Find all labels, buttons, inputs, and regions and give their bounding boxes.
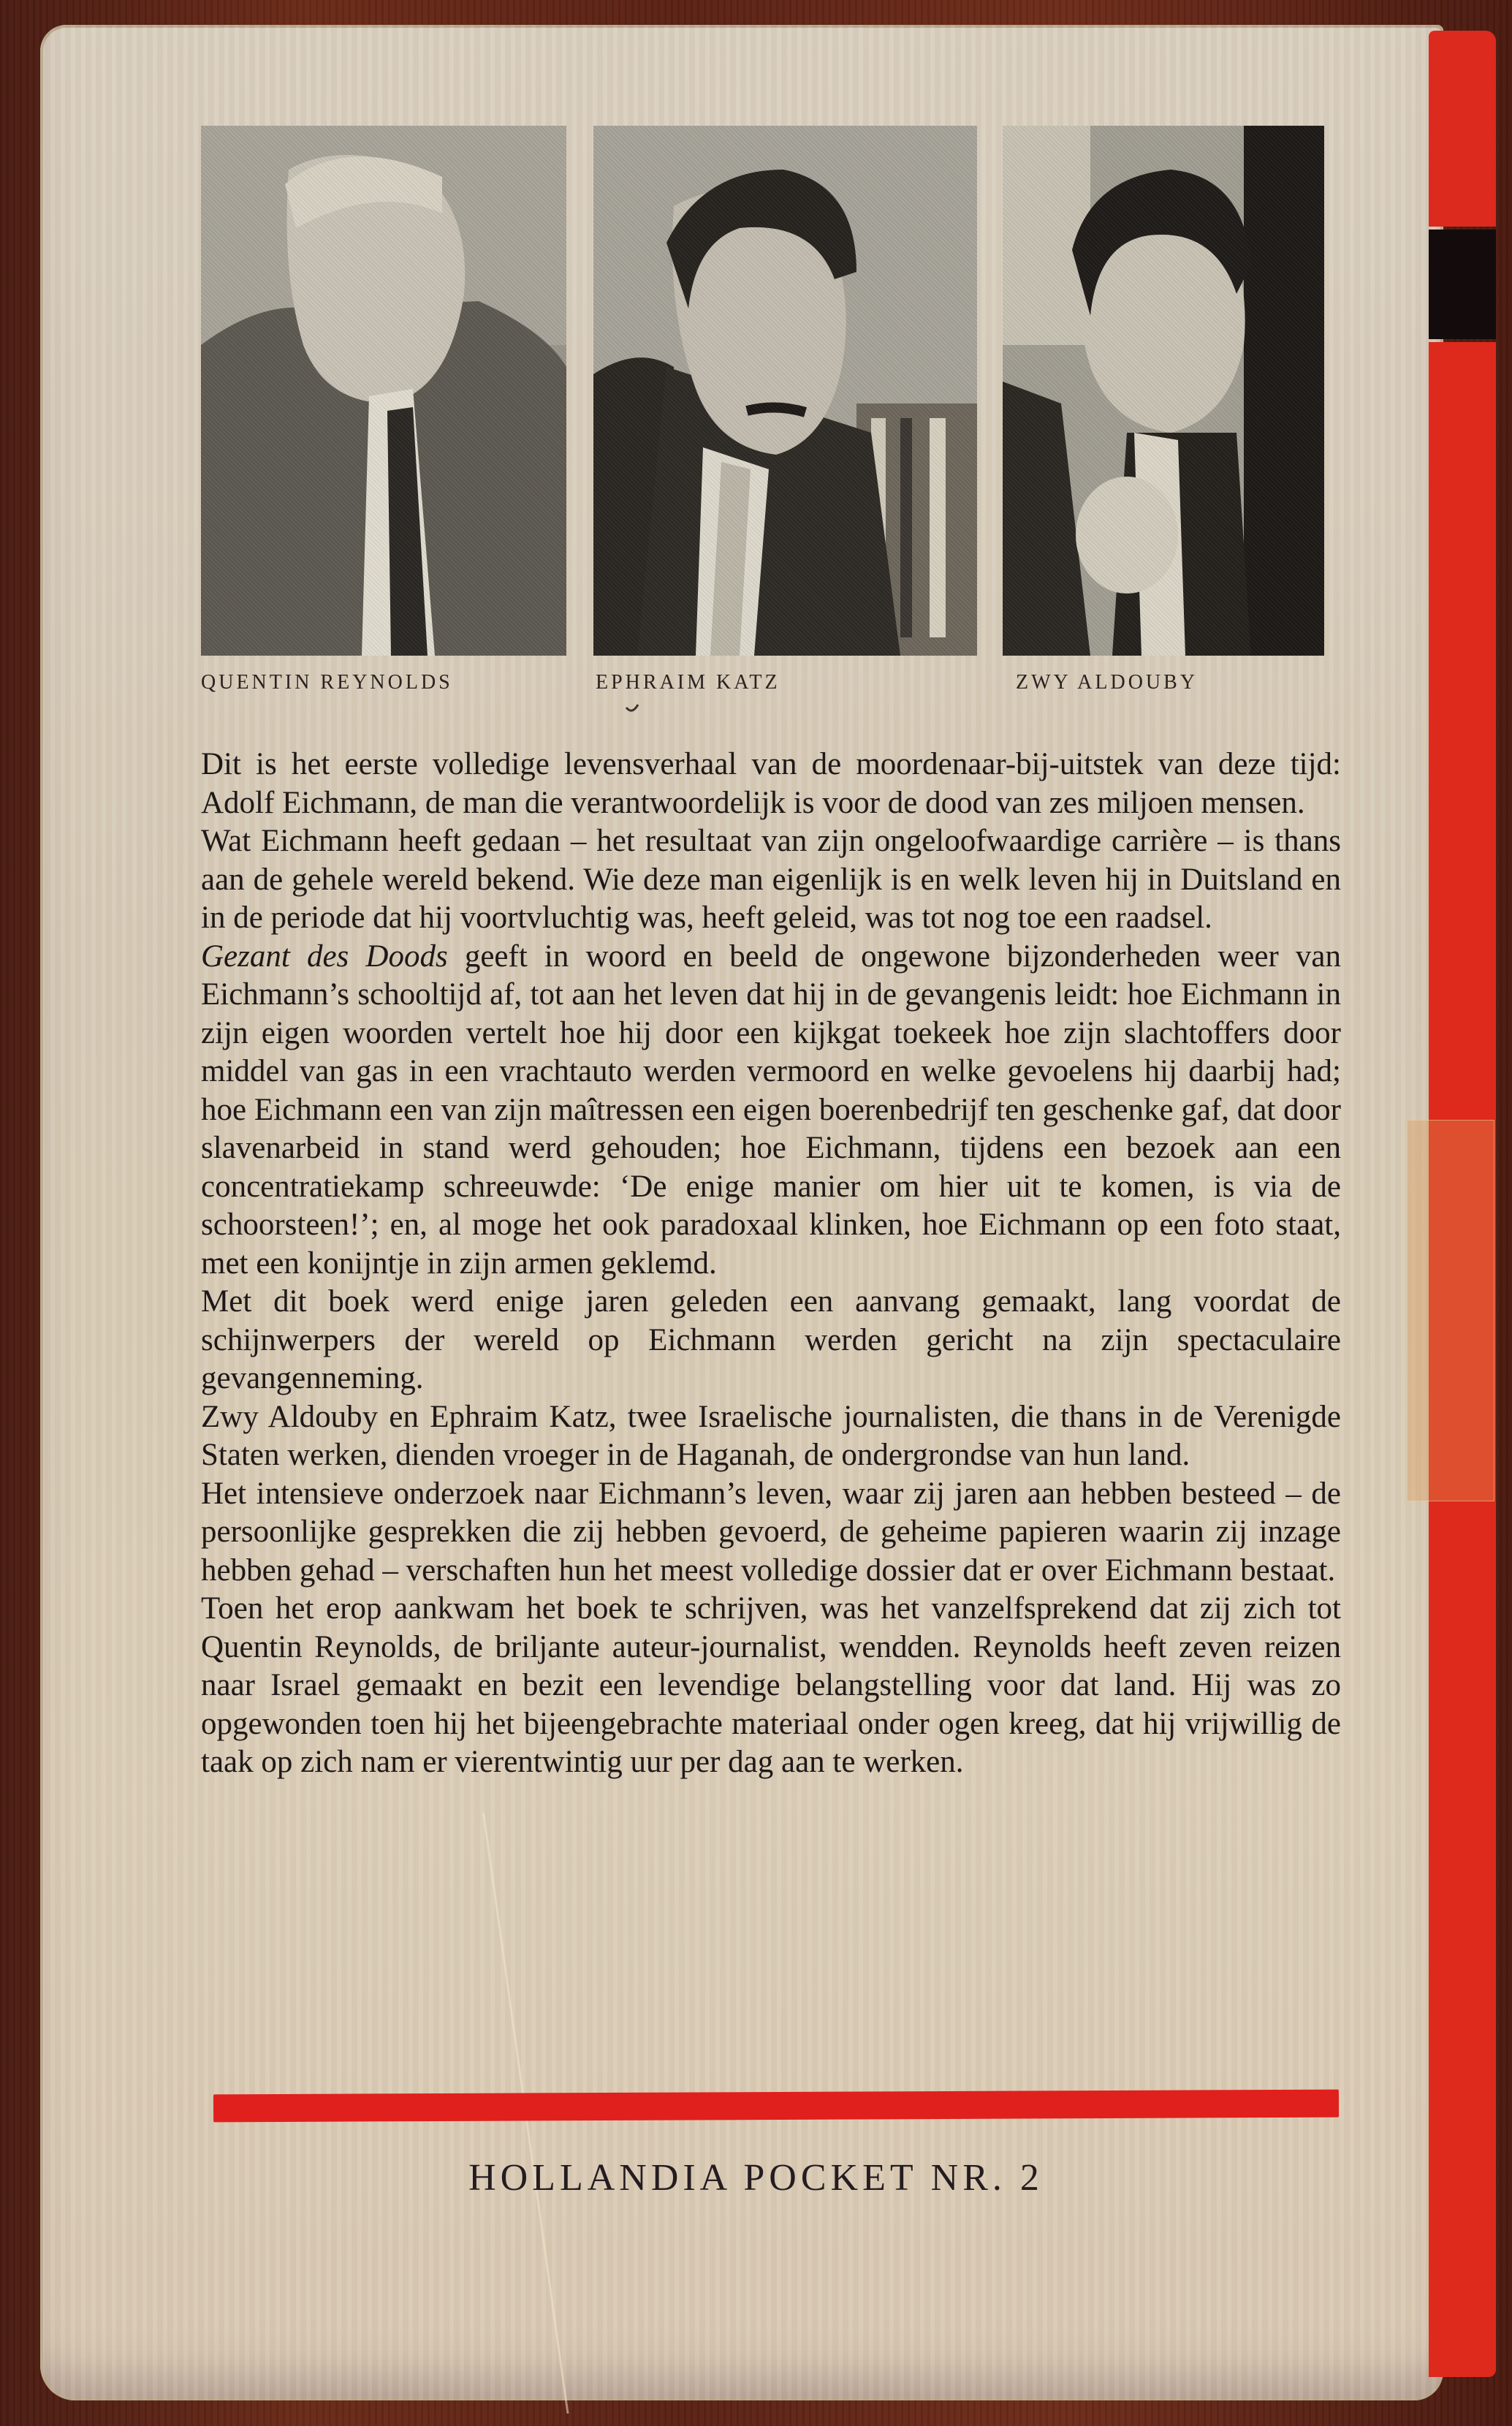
portrait-icon [1003, 126, 1324, 656]
portrait-icon [593, 126, 977, 656]
blurb-paragraph-2: Wat Eichmann heeft gedaan – het resultaa… [201, 822, 1341, 938]
pen-mark-icon [625, 694, 654, 716]
blurb-paragraph-7: Toen het erop aankwam het boek te schrij… [201, 1590, 1341, 1782]
repair-tape [1407, 1120, 1494, 1501]
author-photos [201, 126, 1326, 656]
blurb-paragraph-3: Gezant des Doods geeft in woord en beeld… [201, 938, 1341, 1284]
blurb-paragraph-5: Zwy Aldouby en Ephraim Katz, twee Israel… [201, 1398, 1341, 1475]
book-spine [1429, 31, 1496, 2377]
caption-quentin-reynolds: QUENTIN REYNOLDS [201, 671, 453, 694]
blurb-paragraph-4: Met dit boek werd enige jaren geleden ee… [201, 1283, 1341, 1398]
spine-red-band-top [1429, 31, 1496, 227]
author-photo-ephraim-katz [593, 126, 977, 656]
book-title-italic: Gezant des Doods [201, 939, 448, 974]
caption-zwy-aldouby: ZWY ALDOUBY [1016, 671, 1198, 694]
portrait-icon [201, 126, 566, 656]
red-divider-bar [213, 2090, 1339, 2123]
blurb-paragraph-6: Het intensieve onderzoek naar Eichmann’s… [201, 1475, 1341, 1591]
spine-black-band [1429, 230, 1496, 339]
blurb-paragraph-1: Dit is het eerste volledige levensverhaa… [201, 746, 1341, 822]
author-photo-zwy-aldouby [1003, 126, 1324, 656]
blurb-text: Dit is het eerste volledige levensverhaa… [201, 746, 1341, 1782]
series-label: HOLLANDIA POCKET NR. 2 [0, 2156, 1512, 2199]
photo-captions: QUENTIN REYNOLDS EPHRAIM KATZ ZWY ALDOUB… [201, 671, 1326, 700]
author-photo-quentin-reynolds [201, 126, 566, 656]
caption-ephraim-katz: EPHRAIM KATZ [596, 671, 780, 694]
